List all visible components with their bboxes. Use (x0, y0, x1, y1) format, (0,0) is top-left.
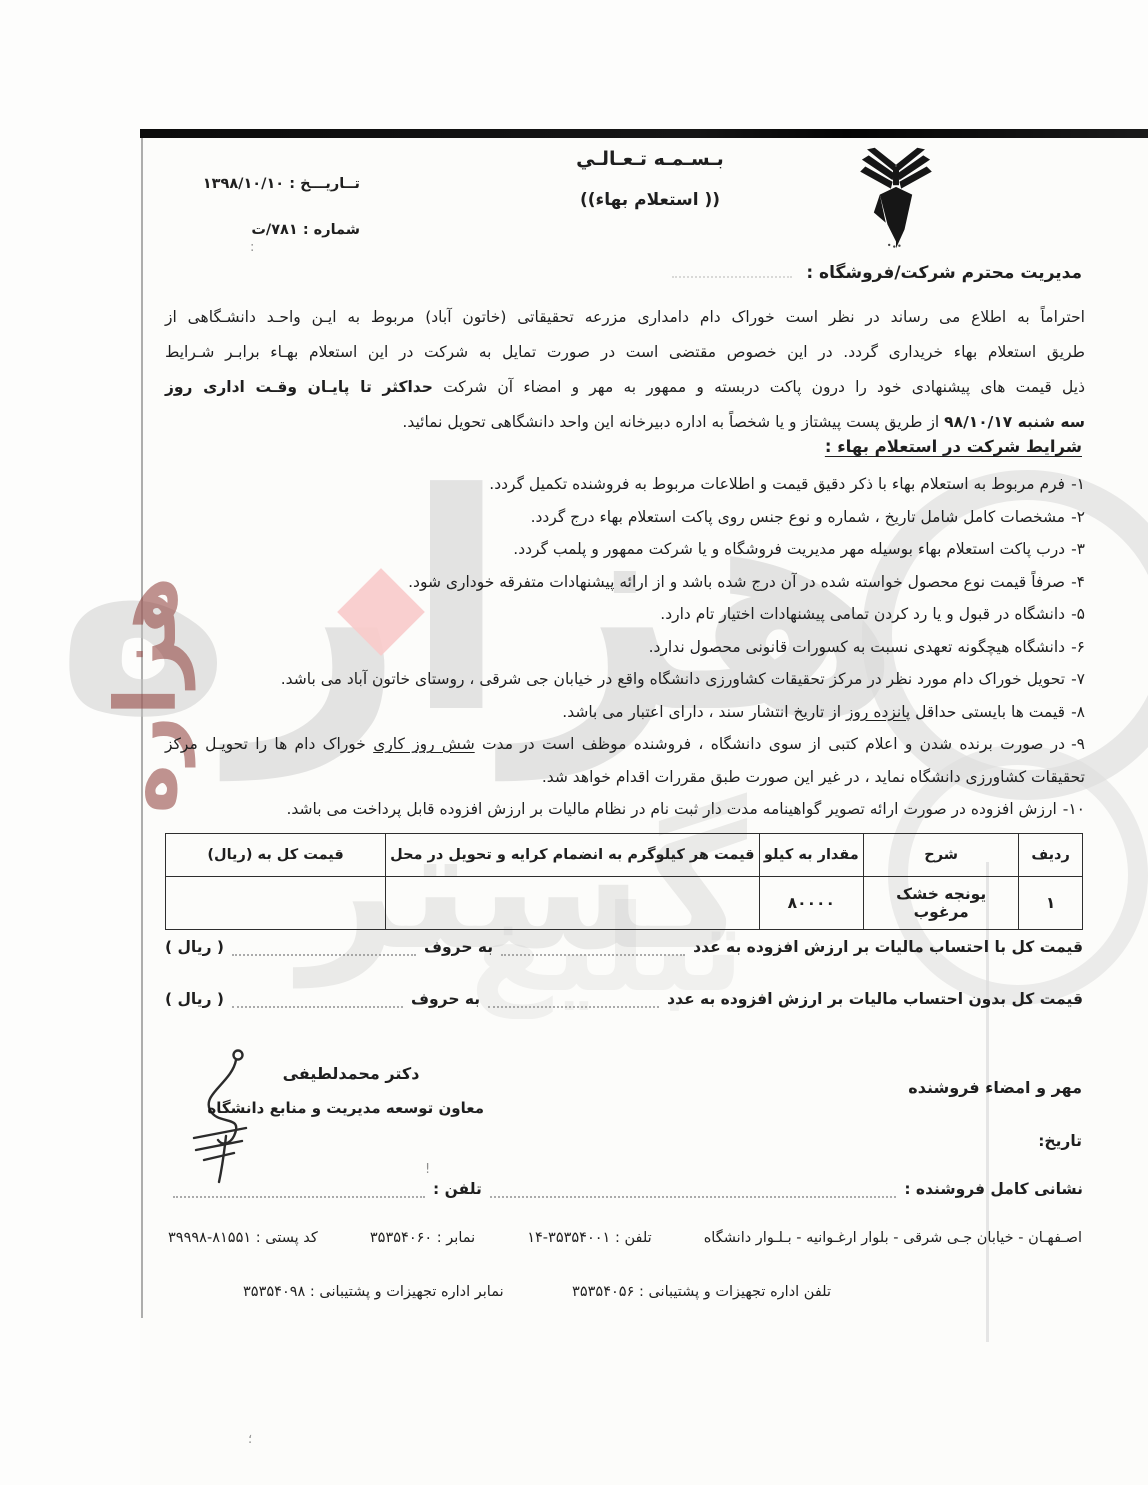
date-line: تــاریـــخ : ۱۳۹۸/۱۰/۱۰ (160, 176, 360, 192)
recipient-label: مدیریت محترم شرکت/فروشگاه : (806, 263, 1082, 283)
scan-left-edge-line (141, 138, 143, 1318)
item-text: درب پاکت استعلام بهاء بوسیله مهر مدیریت … (513, 540, 1065, 558)
price-inquiry-table: ردیف شرح مقدار به کیلو قیمت هر کیلوگرم ب… (165, 833, 1083, 930)
condition-item-9: ۹-در صورت برنده شدن و اعلام کتبی از سوی … (165, 728, 1085, 793)
university-address: اصـفهـان - خیابان جـی شرقی - بلوار ارغـو… (704, 1230, 1082, 1246)
scan-speck: ؛ (248, 1432, 252, 1447)
item-number: ۱- (1071, 475, 1085, 493)
condition-item-4: ۴-صرفاً قیمت نوع محصول خواسته شده در آن … (165, 566, 1085, 599)
fill-dots (501, 941, 685, 956)
number-line: شماره : ۷۸۱/ت (160, 222, 360, 238)
date-label: تــاریـــخ : (289, 176, 360, 192)
intro-deadline-bold: حداکثر تا پایـان وقـت اداری روز (165, 378, 433, 396)
item-text: قیمت ها بایستی حداقل (910, 703, 1065, 721)
scan-speck: ! (425, 1162, 430, 1177)
fill-dots (488, 993, 659, 1008)
item-number: ۳- (1071, 540, 1085, 558)
cell-total-price (166, 877, 386, 930)
azad-university-logo-icon (853, 146, 939, 250)
condition-item-5: ۵-دانشگاه در قبول و یا رد کردن تمامی پیش… (165, 598, 1085, 631)
conditions-list: ۱-فرم مربوط به استعلام بهاء با ذکر دقیق … (165, 468, 1085, 826)
bismillah-heading: بـسـمـه تـعـالـي (420, 148, 880, 170)
item-number: ۱۰- (1063, 800, 1085, 818)
date-value: ۱۳۹۸/۱۰/۱۰ (203, 176, 284, 192)
condition-item-8: ۸-قیمت ها بایستی حداقل پانزده روز از تار… (165, 696, 1085, 729)
seller-address-label: نشانی کامل فروشنده : (904, 1180, 1083, 1198)
fill-dots (173, 1183, 425, 1198)
intro-line-1: احتراماً به اطلاع می رساند در نظر است خو… (165, 300, 1085, 335)
item-number: ۹- (1071, 735, 1085, 753)
conditions-title: شرایط شرکت در استعلام بهاء : (825, 437, 1082, 456)
intro-line-3: ذیل قیمت های پیشنهادی خود را درون پاکت د… (165, 370, 1085, 405)
cell-quantity: ۸۰۰۰۰ (759, 877, 864, 930)
document-type-heading: (( استعلام بهاء)) (420, 190, 880, 210)
recipient-fill-dots (672, 266, 792, 278)
university-phone: تلفن : ۳۵۳۵۴۰۰۱-۱۴ (527, 1230, 651, 1246)
condition-item-2: ۲-مشخصات کامل شامل تاریخ ، شماره و نوع ج… (165, 501, 1085, 534)
condition-item-10: ۱۰-ارزش افزوده در صورت ارائه تصویر گواهی… (165, 793, 1085, 826)
condition-item-7: ۷-تحویل خوراک دام مورد نظر در مرکز تحقیق… (165, 663, 1085, 696)
intro-line-4-text: از طریق پست پیشتاز و یا شخصاً به اداره د… (402, 413, 944, 431)
equipment-office-fax: نمابر اداره تجهیزات و پشتیبانی : ۳۵۳۵۴۰۹… (243, 1284, 504, 1300)
item-number: ۲- (1071, 508, 1085, 526)
intro-paragraph: احتراماً به اطلاع می رساند در نظر است خو… (165, 300, 1085, 440)
total-without-vat-line: قیمت کل بدون احتساب مالیات بر ارزش افزود… (165, 990, 1083, 1008)
number-label: شماره : (303, 222, 360, 238)
item-number: ۶- (1071, 638, 1085, 656)
recipient-line: مدیریت محترم شرکت/فروشگاه : (664, 263, 1082, 283)
table-header: ردیف شرح مقدار به کیلو قیمت هر کیلوگرم ب… (166, 834, 1083, 877)
item-text: دانشگاه هیچگونه تعهدی نسبت به کسورات قان… (649, 638, 1065, 656)
item-text-post: از تاریخ انتشار سند ، دارای اعتبار می با… (562, 703, 846, 721)
currency-label: ( ریال ) (165, 990, 224, 1008)
item-text: تحویل خوراک دام مورد نظر در مرکز تحقیقات… (281, 670, 1065, 688)
equipment-office-contact-line: تلفن اداره تجهیزات و پشتیبانی : ۳۵۳۵۴۰۵۶… (243, 1284, 831, 1300)
item-text: در صورت برنده شدن و اعلام کتبی از سوی دا… (475, 735, 1065, 753)
cell-row-number: ۱ (1019, 877, 1083, 930)
seller-stamp-label: مهر و امضاء فروشنده (908, 1078, 1082, 1097)
cell-description: یونجه خشک مرغوب (864, 877, 1019, 930)
item-underline: پانزده روز (846, 703, 910, 721)
seller-address-line: نشانی کامل فروشنده : تلفن : (165, 1180, 1083, 1198)
university-postal-code: کد پستی : ۸۱۵۵۱-۳۹۹۹۸ (168, 1230, 318, 1246)
seller-date-label: تاریخ: (1038, 1132, 1082, 1150)
item-text: دانشگاه در قبول و یا رد کردن تمامی پیشنه… (660, 605, 1065, 623)
university-contact-line: اصـفهـان - خیابان جـی شرقی - بلوار ارغـو… (168, 1230, 1082, 1246)
condition-item-3: ۳-درب پاکت استعلام بهاء بوسیله مهر مدیری… (165, 533, 1085, 566)
condition-item-1: ۱-فرم مربوط به استعلام بهاء با ذکر دقیق … (165, 468, 1085, 501)
cell-unit-price (386, 877, 759, 930)
equipment-office-phone: تلفن اداره تجهیزات و پشتیبانی : ۳۵۳۵۴۰۵۶ (572, 1284, 831, 1300)
header-unit-price: قیمت هر کیلوگرم به انضمام کرایه و تحویل … (386, 834, 759, 877)
header-quantity: مقدار به کیلو (759, 834, 864, 877)
header-total-price: قیمت کل به (ریال) (166, 834, 386, 877)
item-text: فرم مربوط به استعلام بهاء با ذکر دقیق قی… (489, 475, 1065, 493)
total-with-vat-label: قیمت کل با احتساب مالیات بر ارزش افزوده … (693, 938, 1083, 956)
item-text: صرفاً قیمت نوع محصول خواسته شده در آن در… (408, 573, 1065, 591)
item-number: ۸- (1071, 703, 1085, 721)
item-number: ۵- (1071, 605, 1085, 623)
in-words-label: به حروف (424, 938, 493, 956)
seller-phone-label: تلفن : (433, 1180, 482, 1198)
number-value: ۷۸۱/ت (251, 222, 297, 238)
item-number: ۴- (1071, 573, 1085, 591)
scan-speck: : (250, 240, 254, 255)
scanned-document-page: هزاره گستر تبلیغ هزاره بـسـمـه تـعـالـي … (0, 0, 1148, 1485)
intro-line-2: طریق استعلام بهاء خریداری گردد. در این خ… (165, 335, 1085, 370)
item-underline: شش روز کاری (373, 735, 475, 753)
intro-deadline-date-bold: سه شنبه ۹۸/۱۰/۱۷ (944, 413, 1085, 431)
in-words-label: به حروف (411, 990, 480, 1008)
item-number: ۷- (1071, 670, 1085, 688)
item-text: ارزش افزوده در صورت ارائه تصویر گواهینام… (286, 800, 1056, 818)
fill-dots (490, 1183, 896, 1198)
table-row: ۱ یونجه خشک مرغوب ۸۰۰۰۰ (166, 877, 1083, 930)
intro-line-3-text: ذیل قیمت های پیشنهادی خود را درون پاکت د… (433, 378, 1085, 396)
handwritten-signature-icon (172, 1042, 272, 1192)
header-description: شرح (864, 834, 1019, 877)
currency-label: ( ریال ) (165, 938, 224, 956)
item-text: مشخصات کامل شامل تاریخ ، شماره و نوع جنس… (531, 508, 1066, 526)
fill-dots (232, 941, 416, 956)
scan-top-edge-artifact (140, 129, 1148, 138)
total-without-vat-label: قیمت کل بدون احتساب مالیات بر ارزش افزود… (667, 990, 1083, 1008)
total-with-vat-line: قیمت کل با احتساب مالیات بر ارزش افزوده … (165, 938, 1083, 956)
university-fax: نمابر : ۳۵۳۵۴۰۶۰ (370, 1230, 475, 1246)
fill-dots (232, 993, 403, 1008)
header-row-number: ردیف (1019, 834, 1083, 877)
condition-item-6: ۶-دانشگاه هیچگونه تعهدی نسبت به کسورات ق… (165, 631, 1085, 664)
intro-line-4: سه شنبه ۹۸/۱۰/۱۷ از طریق پست پیشتاز و یا… (165, 405, 1085, 440)
